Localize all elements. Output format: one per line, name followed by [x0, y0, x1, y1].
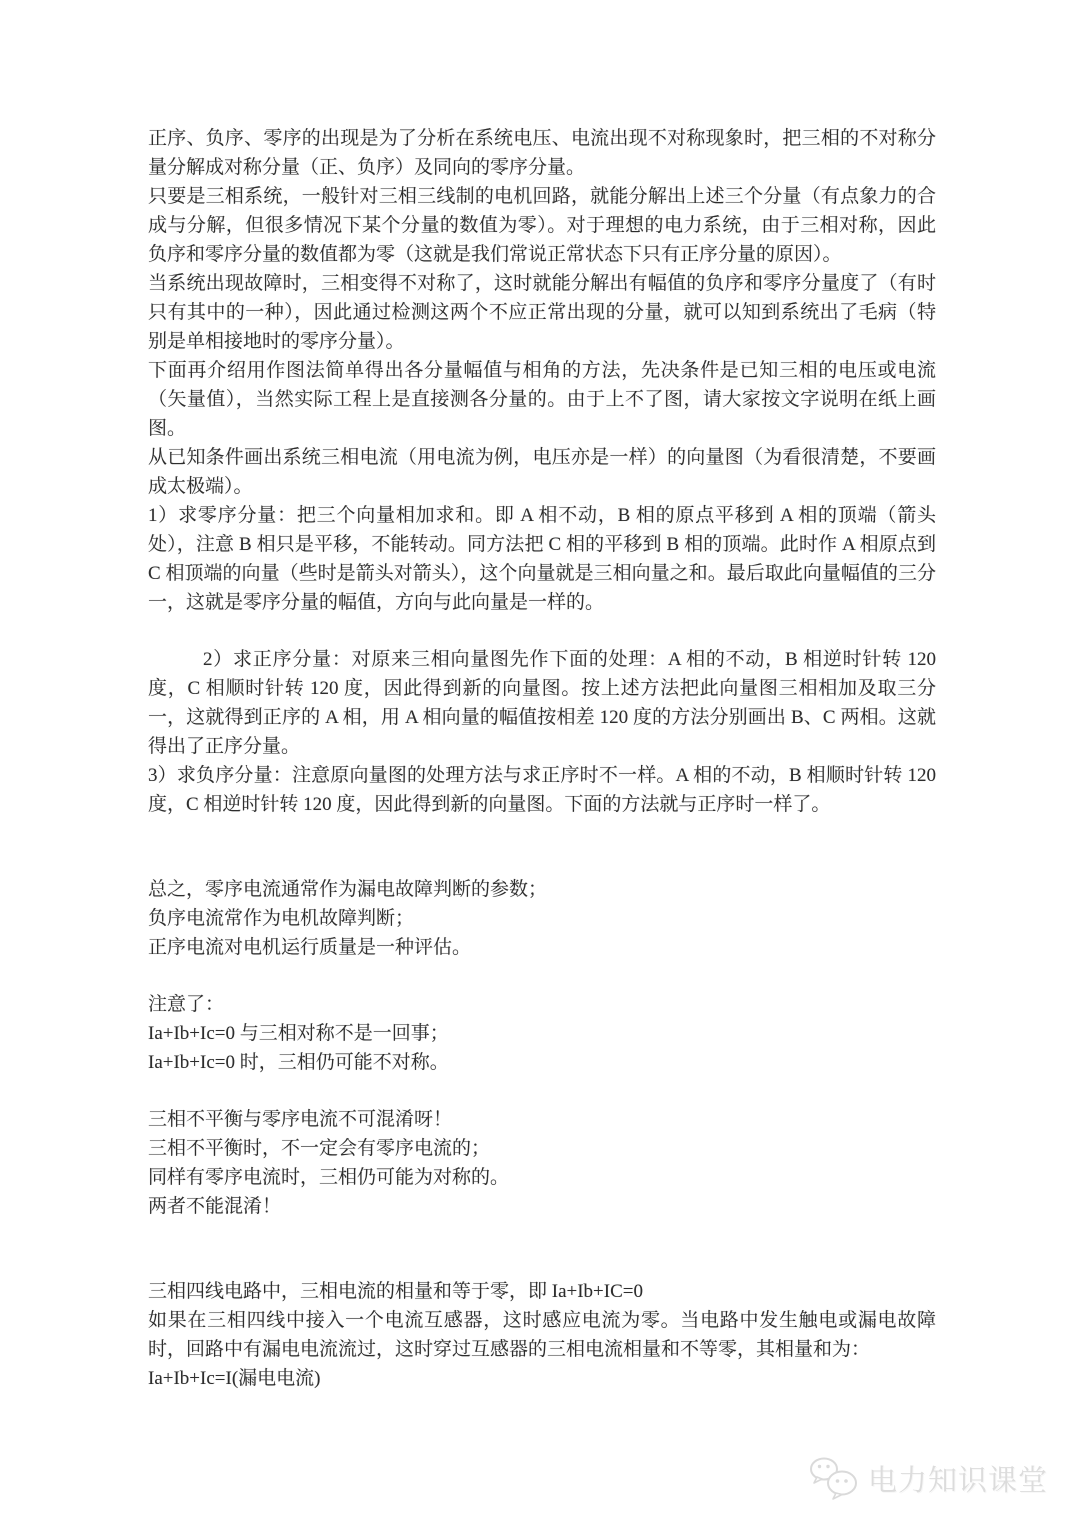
paragraph: 当系统出现故障时，三相变得不对称了，这时就能分解出有幅值的负序和零序分量度了（有… — [148, 269, 936, 356]
paragraph: 正序、负序、零序的出现是为了分析在系统电压、电流出现不对称现象时，把三相的不对称… — [148, 124, 936, 182]
paragraph-warning-line: 同样有零序电流时，三相仍可能为对称的。 — [148, 1163, 936, 1192]
paragraph-four-wire-body: 如果在三相四线中接入一个电流互感器，这时感应电流为零。当电路中发生触电或漏电故障… — [148, 1306, 936, 1364]
paragraph-summary-line: 总之，零序电流通常作为漏电故障判断的参数； — [148, 875, 936, 904]
paragraph-step-2-positive-sequence: 2）求正序分量：对原来三相向量图先作下面的处理：A 相的不动，B 相逆时针转 1… — [148, 645, 936, 761]
paragraph-note-line: Ia+Ib+Ic=0 时，三相仍可能不对称。 — [148, 1048, 936, 1077]
paragraph-step-3-negative-sequence: 3）求负序分量：注意原向量图的处理方法与求正序时不一样。A 相的不动，B 相顺时… — [148, 761, 936, 819]
paragraph-leakage-formula: Ia+Ib+Ic=I(漏电电流) — [148, 1364, 936, 1393]
paragraph-warning-line: 三相不平衡与零序电流不可混淆呀！ — [148, 1105, 936, 1134]
watermark-label: 电力知识课堂 — [868, 1458, 1048, 1499]
paragraph: 下面再介绍用作图法简单得出各分量幅值与相角的方法，先决条件是已知三相的电压或电流… — [148, 356, 936, 443]
paragraph-four-wire-line: 三相四线电路中，三相电流的相量和等于零，即 Ia+Ib+IC=0 — [148, 1277, 936, 1306]
paragraph: 只要是三相系统，一般针对三相三线制的电机回路，就能分解出上述三个分量（有点象力的… — [148, 182, 936, 269]
paragraph-warning-line: 两者不能混淆！ — [148, 1192, 936, 1221]
watermark: 电力知识课堂 — [809, 1456, 1048, 1500]
document-page: 正序、负序、零序的出现是为了分析在系统电压、电流出现不对称现象时，把三相的不对称… — [0, 0, 1080, 1526]
paragraph-warning-line: 三相不平衡时，不一定会有零序电流的； — [148, 1134, 936, 1163]
paragraph-summary-line: 正序电流对电机运行质量是一种评估。 — [148, 933, 936, 962]
paragraph-summary-line: 负序电流常作为电机故障判断； — [148, 904, 936, 933]
paragraph-note-heading: 注意了： — [148, 990, 936, 1019]
wechat-chat-bubbles-icon — [809, 1456, 859, 1500]
paragraph: 从已知条件画出系统三相电流（用电流为例，电压亦是一样）的向量图（为看很清楚，不要… — [148, 443, 936, 501]
paragraph-note-line: Ia+Ib+Ic=0 与三相对称不是一回事； — [148, 1019, 936, 1048]
paragraph-step-1-zero-sequence: 1）求零序分量：把三个向量相加求和。即 A 相不动，B 相的原点平移到 A 相的… — [148, 501, 936, 617]
document-body: 正序、负序、零序的出现是为了分析在系统电压、电流出现不对称现象时，把三相的不对称… — [148, 124, 936, 1393]
